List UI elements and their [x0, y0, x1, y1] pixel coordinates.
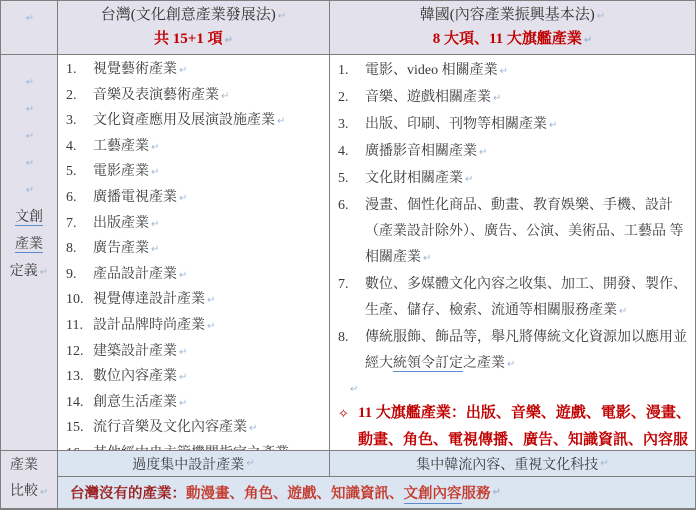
paragraph-mark: ↵: [26, 13, 34, 24]
paragraph-mark: ↵: [493, 487, 501, 498]
paragraph-mark: ↵: [151, 167, 159, 178]
item-text: 出版產業↵: [93, 212, 325, 238]
paragraph-mark: ↵: [493, 93, 501, 104]
item-number: 3.: [338, 112, 365, 138]
paragraph-mark: ↵: [26, 69, 34, 96]
item-number: 13.: [66, 365, 93, 390]
item-text: 視覺藝術產業↵: [93, 58, 325, 84]
paragraph-mark: ↵: [350, 384, 358, 395]
taiwan-missing-industries: 台灣沒有的產業： 動漫畫、角色、遊戲、知識資訊、 文創內容 服務 ↵: [58, 477, 695, 508]
content-service-link[interactable]: 文創內容: [404, 482, 462, 504]
korea-header-cell: 韓國(內容產業振興基本法)↵ 8 大項、11 大旗艦產業↵: [330, 1, 695, 55]
item-number: 7.: [338, 272, 365, 298]
list-item: 16.其他經中央主管機關指定之產業↵: [66, 442, 325, 451]
empty-paragraph: ↵: [338, 378, 691, 399]
paragraph-mark: ↵: [584, 35, 592, 46]
item-number: 12.: [66, 340, 93, 365]
item-text: 文化資產應用及展演設施產業↵: [93, 109, 325, 135]
korea-item-count: 8 大項、11 大旗艦產業↵: [433, 28, 593, 52]
item-text: 廣播影音相關產業↵: [365, 139, 691, 166]
flagship-industries: ✧11 大旗艦產業：出版、音樂、遊戲、電影、漫畫、動畫、角色、電視傳播、廣告、知…: [338, 400, 691, 451]
list-item: 14.創意生活產業↵: [66, 391, 325, 417]
paragraph-mark: ↵: [26, 150, 34, 177]
item-number: 10.: [66, 288, 93, 313]
diamond-bullet-icon: ✧: [338, 400, 358, 428]
row-label-definition: ↵ ↵ ↵ ↵ ↵ 文創 產業 定義↵: [1, 55, 58, 451]
list-item: 7.數位、多媒體文化內容之收集、加工、開發、製作、生產、儲存、檢索、流通等相關服…: [338, 272, 691, 325]
list-item: 11.設計品牌時尚產業↵: [66, 314, 325, 340]
item-text: 流行音樂及文化內容產業↵: [93, 416, 325, 442]
paragraph-mark: ↵: [151, 219, 159, 230]
paragraph-mark: ↵: [500, 66, 508, 77]
item-number: 7.: [66, 212, 93, 237]
item-text: 其他經中央主管機關指定之產業↵: [93, 442, 325, 451]
list-item: 13.數位內容產業↵: [66, 365, 325, 391]
item-text: 數位內容產業↵: [93, 365, 325, 391]
list-item: 10.視覺傳達設計產業↵: [66, 288, 325, 314]
taiwan-law-title: 台灣(文化創意產業發展法)↵: [101, 4, 286, 28]
item-number: 11.: [66, 314, 93, 339]
taiwan-item-count: 共 15+1 項↵: [154, 28, 233, 52]
item-number: 15.: [66, 416, 93, 441]
missing-items: 動漫畫、角色、遊戲、知識資訊、: [186, 482, 404, 503]
paragraph-mark: ↵: [179, 270, 187, 281]
industry-comparison-table: ↵ 台灣(文化創意產業發展法)↵ 共 15+1 項↵ 韓國(內容產業振興基本法)…: [0, 0, 696, 510]
paragraph-mark: ↵: [26, 177, 34, 204]
paragraph-mark: ↵: [207, 321, 215, 332]
item-number: 6.: [338, 193, 365, 219]
list-item: 4.廣播影音相關產業↵: [338, 139, 691, 166]
list-item: 3.出版、印刷、刊物等相關產業↵: [338, 112, 691, 139]
item-text: 建築設計產業↵: [93, 340, 325, 366]
row-label-comparison: 產業 比較↵: [1, 451, 58, 508]
paragraph-mark: ↵: [179, 347, 187, 358]
paragraph-mark: ↵: [179, 372, 187, 383]
paragraph-mark: ↵: [40, 267, 48, 278]
item-number: 4.: [66, 135, 93, 160]
item-number: 3.: [66, 109, 93, 134]
corner-cell: ↵: [1, 1, 58, 55]
item-number: 14.: [66, 391, 93, 416]
paragraph-mark: ↵: [40, 487, 48, 498]
item-text: 設計品牌時尚產業↵: [93, 314, 325, 340]
list-item: 6.廣播電視產業↵: [66, 186, 325, 212]
list-item: 12.建築設計產業↵: [66, 340, 325, 366]
paragraph-mark: ↵: [549, 120, 557, 131]
taiwan-header-cell: 台灣(文化創意產業發展法)↵ 共 15+1 項↵: [58, 1, 330, 55]
list-item: 4.工藝產業↵: [66, 135, 325, 161]
paragraph-mark: ↵: [507, 359, 515, 370]
item-text: 傳統服飾、飾品等，舉凡將傳統文化資源加以應用並經大統領令訂定之產業↵: [365, 325, 691, 378]
item-text: 廣告產業↵: [93, 237, 325, 263]
paragraph-mark: ↵: [600, 458, 608, 469]
definition-label-link[interactable]: 產業: [15, 231, 43, 258]
paragraph-mark: ↵: [207, 295, 215, 306]
item-text: 創意生活產業↵: [93, 391, 325, 417]
item-number: 6.: [66, 186, 93, 211]
taiwan-industry-list: 1.視覺藝術產業↵ 2.音樂及表演藝術產業↵ 3.文化資產應用及展演設施產業↵ …: [58, 55, 330, 451]
item-number: 2.: [338, 85, 365, 111]
paragraph-mark: ↵: [277, 116, 285, 127]
paragraph-mark: ↵: [179, 398, 187, 409]
paragraph-mark: ↵: [465, 174, 473, 185]
paragraph-mark: ↵: [246, 458, 254, 469]
item-number: 9.: [66, 263, 93, 288]
item-number: 1.: [338, 58, 365, 84]
list-item: 8.傳統服飾、飾品等，舉凡將傳統文化資源加以應用並經大統領令訂定之產業↵: [338, 325, 691, 378]
flagship-text: 11 大旗艦產業：出版、音樂、遊戲、電影、漫畫、動畫、角色、電視傳播、廣告、知識…: [358, 400, 691, 451]
item-number: 5.: [66, 160, 93, 185]
paragraph-mark: ↵: [26, 123, 34, 150]
list-item: 15.流行音樂及文化內容產業↵: [66, 416, 325, 442]
item-text: 產品設計產業↵: [93, 263, 325, 289]
korea-comparison-summary: 集中韓流內容、重視文化科技↵: [330, 451, 695, 477]
item-number: 8.: [338, 325, 365, 351]
list-item: 5.文化財相關產業↵: [338, 166, 691, 193]
item-number: 5.: [338, 166, 365, 192]
list-item: 7.出版產業↵: [66, 212, 325, 238]
item-text: 出版、印刷、刊物等相關產業↵: [365, 112, 691, 139]
paragraph-mark: ↵: [619, 306, 627, 317]
item-text: 視覺傳達設計產業↵: [93, 288, 325, 314]
item-number: 1.: [66, 58, 93, 83]
missing-label: 台灣沒有的產業：: [70, 482, 186, 503]
list-item: 2.音樂、遊戲相關產業↵: [338, 85, 691, 112]
paragraph-mark: ↵: [278, 11, 286, 22]
item-text: 電影產業↵: [93, 160, 325, 186]
paragraph-mark: ↵: [479, 147, 487, 158]
definition-label: 定義↵: [10, 258, 48, 286]
item-number: 16.: [66, 442, 93, 451]
item-number: 4.: [338, 139, 365, 165]
korea-law-title: 韓國(內容產業振興基本法)↵: [420, 4, 605, 28]
korea-industry-list: 1.電影、video 相關產業↵ 2.音樂、遊戲相關產業↵ 3.出版、印刷、刊物…: [330, 55, 695, 451]
list-item: 3.文化資產應用及展演設施產業↵: [66, 109, 325, 135]
item-text: 音樂、遊戲相關產業↵: [365, 85, 691, 112]
list-item: 1.電影、video 相關產業↵: [338, 58, 691, 85]
item-text: 漫畫、個性化商品、動畫、教育娛樂、手機、設計（產業設計除外）、廣告、公演、美術品…: [365, 193, 691, 272]
list-item: 6.漫畫、個性化商品、動畫、教育娛樂、手機、設計（產業設計除外）、廣告、公演、美…: [338, 193, 691, 272]
paragraph-mark: ↵: [151, 142, 159, 153]
item-number: 8.: [66, 237, 93, 262]
taiwan-comparison-summary: 過度集中設計產業↵: [58, 451, 330, 477]
paragraph-mark: ↵: [597, 11, 605, 22]
item-number: 2.: [66, 84, 93, 109]
definition-label-link[interactable]: 文創: [15, 204, 43, 231]
list-item: 5.電影產業↵: [66, 160, 325, 186]
missing-items-post: 服務: [462, 482, 491, 503]
item-text: 文化財相關產業↵: [365, 166, 691, 193]
item-text: 數位、多媒體文化內容之收集、加工、開發、製作、生產、儲存、檢索、流通等相關服務產…: [365, 272, 691, 325]
item-text: 廣播電視產業↵: [93, 186, 325, 212]
decree-link[interactable]: 統領令訂定: [393, 356, 463, 372]
item-text: 工藝產業↵: [93, 135, 325, 161]
list-item: 2.音樂及表演藝術產業↵: [66, 84, 325, 110]
paragraph-mark: ↵: [221, 91, 229, 102]
paragraph-mark: ↵: [26, 96, 34, 123]
paragraph-mark: ↵: [179, 193, 187, 204]
list-item: 8.廣告產業↵: [66, 237, 325, 263]
item-text: 音樂及表演藝術產業↵: [93, 84, 325, 110]
paragraph-mark: ↵: [423, 253, 431, 264]
list-item: 9.產品設計產業↵: [66, 263, 325, 289]
paragraph-mark: ↵: [151, 244, 159, 255]
paragraph-mark: ↵: [179, 65, 187, 76]
paragraph-mark: ↵: [249, 423, 257, 434]
list-item: 1.視覺藝術產業↵: [66, 58, 325, 84]
paragraph-mark: ↵: [225, 35, 233, 46]
item-text: 電影、video 相關產業↵: [365, 58, 691, 85]
